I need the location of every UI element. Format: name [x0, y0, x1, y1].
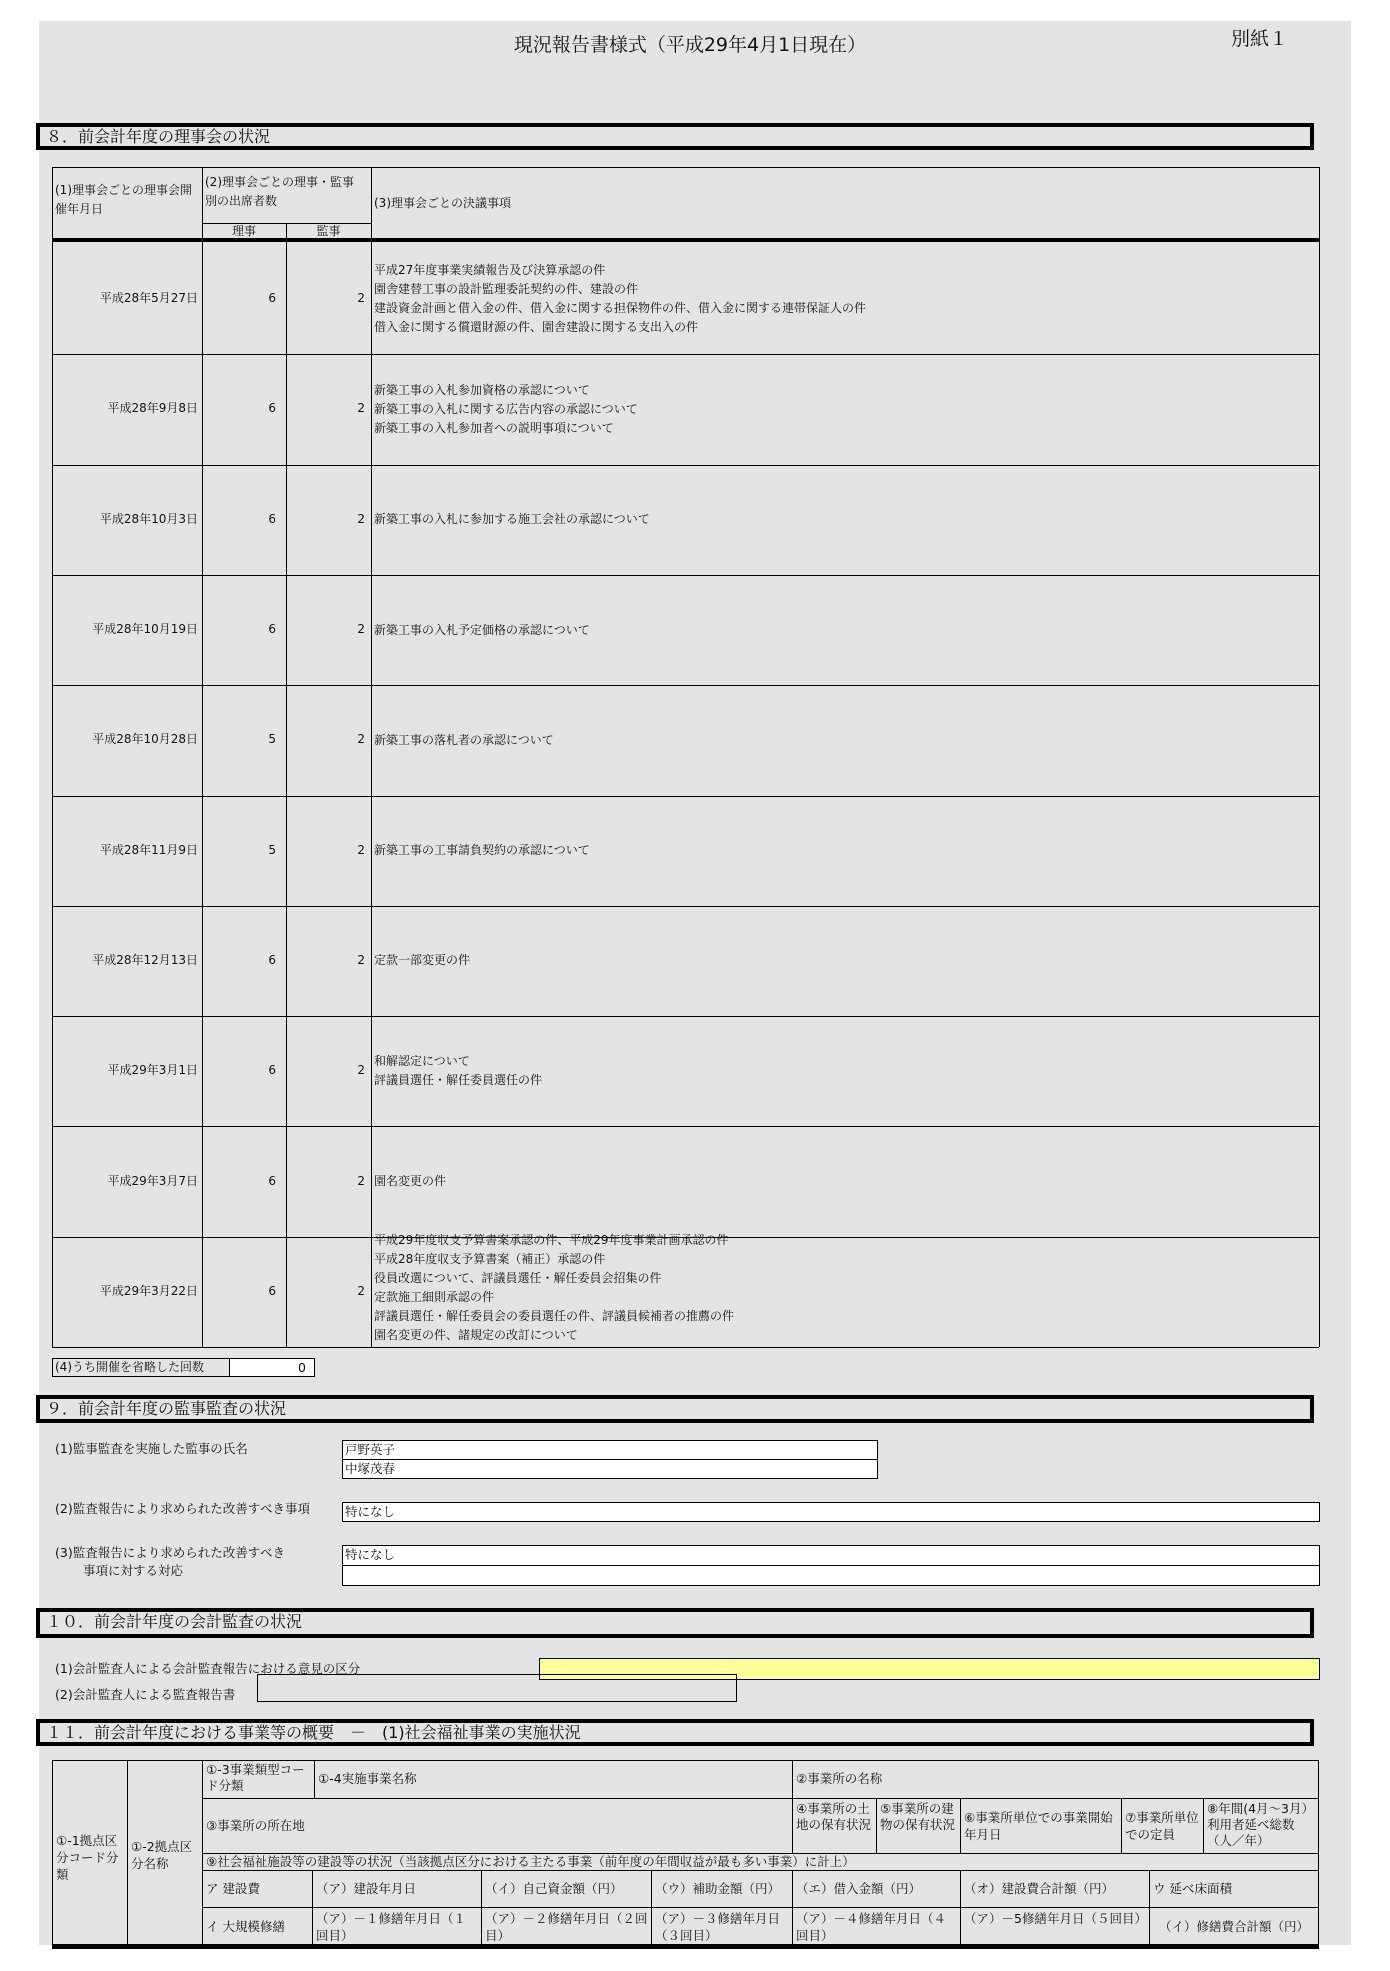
section-8-header: ８．前会計年度の理事会の状況: [36, 123, 1314, 150]
meeting-date: 平成28年12月13日: [52, 951, 198, 970]
row-rule: [52, 465, 1319, 466]
section-9-header: ９．前会計年度の監事監査の状況: [36, 1395, 1314, 1423]
resolution-item: 新築工事の入札に参加する施工会社の承認について: [374, 510, 1316, 529]
loan-amount: （エ）借入金額（円）: [793, 1871, 961, 1908]
col-start-date: ⑥事業所単位での事業開始年月日: [961, 1799, 1122, 1854]
directors-count: 6: [202, 510, 276, 529]
col-office-name: ②事業所の名称: [793, 1760, 1319, 1799]
resolution-item: 評議員選任・解任委員会の委員選任の件、評議員候補者の推薦の件: [374, 1307, 1316, 1326]
meeting-date: 平成29年3月7日: [52, 1172, 198, 1191]
col-header-date: (1)理事会ごとの理事会開催年月日: [55, 181, 200, 219]
annex-label: 別紙１: [1231, 24, 1288, 51]
table-right-rule: [1319, 167, 1320, 1347]
meeting-date: 平成29年3月22日: [52, 1282, 198, 1301]
col-base-code: ①-1拠点区分コード分類: [52, 1760, 128, 1945]
meeting-date: 平成28年10月19日: [52, 620, 198, 639]
header-bottom-rule: [52, 238, 1319, 242]
audit-report-label: (2)会計監査人による監査報告書: [55, 1686, 235, 1704]
col-capacity: ⑦事業所単位での定員: [1122, 1799, 1204, 1854]
col-facility-construction: ⑨社会福祉施設等の建設等の状況（当該拠点区分における主たる事業（前年度の年間収益…: [203, 1854, 1319, 1871]
meeting-date: 平成29年3月1日: [52, 1061, 198, 1080]
section-11-header: １１．前会計年度における事業等の概要 － (1)社会福祉事業の実施状況: [36, 1719, 1314, 1746]
row-rule: [52, 1126, 1319, 1127]
resolution-item: 新築工事の入札に関する広告内容の承認について: [374, 400, 1316, 419]
row-rule: [52, 575, 1319, 576]
auditors-count: 2: [286, 399, 365, 418]
subsidy-amount: （ウ）補助金額（円）: [652, 1871, 793, 1908]
col-business-type-code: ①-3事業類型コード分類: [203, 1760, 315, 1799]
meeting-date: 平成28年10月28日: [52, 730, 198, 749]
directors-count: 6: [202, 1282, 276, 1301]
improvement-items-field[interactable]: 特になし: [342, 1502, 1320, 1522]
auditors-count: 2: [286, 1061, 365, 1080]
table-bottom-rule: [52, 1944, 1319, 1949]
audit-report-box[interactable]: [257, 1674, 737, 1702]
resolution-item: 役員改選について、評議員選任・解任委員会招集の件: [374, 1269, 1316, 1288]
resolution-item: 平成27年度事業実績報告及び決算承認の件: [374, 261, 1316, 280]
directors-count: 6: [202, 1061, 276, 1080]
col-base-name: ①-2拠点区分名称: [128, 1760, 203, 1945]
resolution-item: 平成29年度収支予算書案承認の件、平成29年度事業計画承認の件: [374, 1231, 1316, 1250]
row-rule: [52, 685, 1319, 686]
auditors-count: 2: [286, 1282, 365, 1301]
improvement-response-label-2: 事項に対する対応: [83, 1562, 183, 1580]
col-building-ownership: ⑤事業所の建物の保有状況: [877, 1799, 961, 1854]
col-annual-users: ⑧年間(4月～3月）利用者延べ総数（人／年）: [1204, 1799, 1319, 1854]
improvement-response-field-1[interactable]: 特になし: [342, 1545, 1320, 1566]
floor-area: ウ 延べ床面積: [1150, 1871, 1319, 1908]
directors-count: 6: [202, 289, 276, 308]
directors-count: 6: [202, 951, 276, 970]
auditor-names-label: (1)監事監査を実施した監事の氏名: [55, 1440, 248, 1458]
repair-total: （イ）修繕費合計額（円）: [1150, 1908, 1319, 1946]
document-title: 現況報告書様式（平成29年4月1日現在）: [0, 30, 1390, 57]
auditors-count: 2: [286, 510, 365, 529]
auditors-count: 2: [286, 841, 365, 860]
auditors-count: 2: [286, 289, 365, 308]
col-business-name: ①-4実施事業名称: [315, 1760, 793, 1799]
col-rule: [371, 167, 372, 1347]
auditor-name-field-1[interactable]: 戸野英子: [342, 1440, 878, 1460]
resolution-item: 平成28年度収支予算書案（補正）承認の件: [374, 1250, 1316, 1269]
col-header-resolutions: (3)理事会ごとの決議事項: [374, 194, 674, 213]
col-office-address: ③事業所の所在地: [203, 1799, 793, 1854]
omitted-count-label: (4)うち開催を省略した回数: [52, 1358, 229, 1377]
repair-date-5: （ア）－5修繕年月日（５回目）: [961, 1908, 1150, 1946]
resolution-item: 和解認定について: [374, 1052, 1316, 1071]
directors-count: 5: [202, 730, 276, 749]
resolution-item: 新築工事の入札予定価格の承認について: [374, 621, 1316, 640]
directors-count: 6: [202, 399, 276, 418]
repair-date-3: （ア）－３修繕年月日（３回目）: [652, 1908, 793, 1946]
auditors-count: 2: [286, 1172, 365, 1191]
improvement-response-field-2[interactable]: [342, 1565, 1320, 1586]
resolution-item: 新築工事の入札参加者への説明事項について: [374, 419, 1316, 438]
col-header-attendance: (2)理事会ごとの理事・監事別の出席者数: [205, 173, 365, 211]
auditor-name-field-2[interactable]: 中塚茂春: [342, 1459, 878, 1479]
major-repair-label: イ 大規模修繕: [203, 1908, 313, 1946]
col-land-ownership: ④事業所の土地の保有状況: [793, 1799, 877, 1854]
meeting-date: 平成28年9月8日: [52, 399, 198, 418]
directors-count: 5: [202, 841, 276, 860]
resolution-item: 園名変更の件: [374, 1172, 1316, 1191]
row-rule: [52, 354, 1319, 355]
repair-date-2: （ア）－２修繕年月日（２回目）: [482, 1908, 652, 1946]
repair-date-1: （ア）－１修繕年月日（１回目）: [313, 1908, 482, 1946]
resolution-item: 借入金に関する償還財源の件、園舎建設に関する支出入の件: [374, 318, 1316, 337]
meeting-date: 平成28年10月3日: [52, 510, 198, 529]
resolution-item: 新築工事の工事請負契約の承認について: [374, 841, 1316, 860]
resolution-item: 定款施工細則承認の件: [374, 1288, 1316, 1307]
construction-date: （ア）建設年月日: [313, 1871, 482, 1908]
construction-cost-label: ア 建設費: [203, 1871, 313, 1908]
improvement-items-label: (2)監査報告により求められた改善すべき事項: [55, 1500, 310, 1518]
resolution-item: 建設資金計画と借入金の件、借入金に関する担保物件の件、借入金に関する連帯保証人の…: [374, 299, 1316, 318]
auditors-count: 2: [286, 620, 365, 639]
directors-count: 6: [202, 1172, 276, 1191]
row-rule: [52, 796, 1319, 797]
own-funds: （イ）自己資金額（円）: [482, 1871, 652, 1908]
section-10-header: １０．前会計年度の会計監査の状況: [36, 1608, 1314, 1638]
table-left-rule: [52, 167, 53, 1347]
auditors-count: 2: [286, 730, 365, 749]
table-top-rule: [52, 167, 1319, 168]
resolution-item: 定款一部変更の件: [374, 951, 1316, 970]
auditors-count: 2: [286, 951, 365, 970]
row-rule: [52, 1016, 1319, 1017]
repair-date-4: （ア）－４修繕年月日（４回目）: [793, 1908, 961, 1946]
meeting-date: 平成28年11月9日: [52, 841, 198, 860]
directors-count: 6: [202, 620, 276, 639]
construction-total: （オ）建設費合計額（円）: [961, 1871, 1150, 1908]
resolution-item: 園舎建替工事の設計監理委託契約の件、建設の件: [374, 280, 1316, 299]
resolution-item: 新築工事の入札参加資格の承認について: [374, 381, 1316, 400]
meeting-date: 平成28年5月27日: [52, 289, 198, 308]
row-rule: [52, 1347, 1319, 1348]
resolution-item: 園名変更の件、諸規定の改訂について: [374, 1326, 1316, 1345]
resolution-item: 評議員選任・解任委員選任の件: [374, 1071, 1316, 1090]
omitted-count-value[interactable]: 0: [229, 1358, 315, 1377]
row-rule: [52, 906, 1319, 907]
col-rule: [202, 167, 203, 1347]
resolution-item: 新築工事の落札者の承認について: [374, 731, 1316, 750]
improvement-response-label-1: (3)監査報告により求められた改善すべき: [55, 1544, 285, 1562]
